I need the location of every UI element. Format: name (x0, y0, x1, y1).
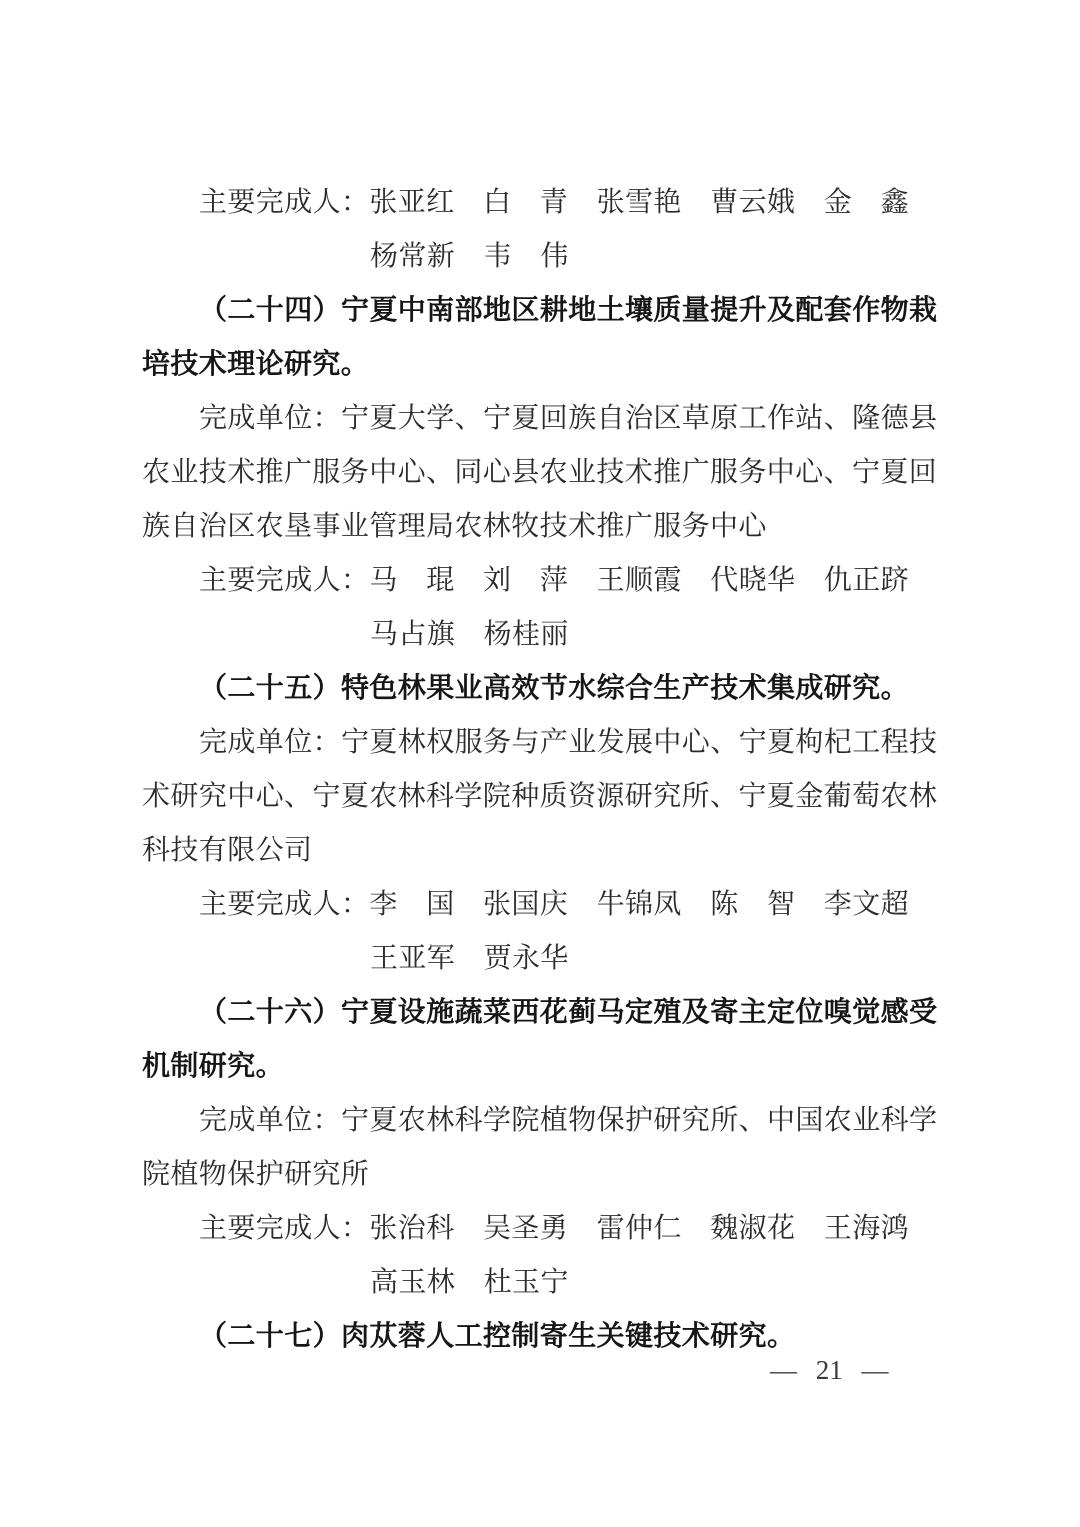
text-line: 马占旗 杨桂丽 (142, 608, 942, 662)
text-line: 杨常新 韦 伟 (142, 230, 942, 284)
text-line: 完成单位：宁夏农林科学院植物保护研究所、中国农业科学 (142, 1094, 942, 1148)
text-line: 科技有限公司 (142, 824, 942, 878)
text-line: 主要完成人：李 国 张国庆 牛锦凤 陈 智 李文超 (142, 878, 942, 932)
text-line: 高玉林 杜玉宁 (142, 1256, 942, 1310)
text-line: 培技术理论研究。 (142, 338, 942, 392)
text-line: 主要完成人：马 琨 刘 萍 王顺霞 代晓华 仇正跻 (142, 554, 942, 608)
text-line: 院植物保护研究所 (142, 1148, 942, 1202)
page-number: — 21 — (770, 1350, 889, 1390)
document-page: 主要完成人：张亚红 白 青 张雪艳 曹云娥 金 鑫杨常新 韦 伟（二十四）宁夏中… (0, 0, 1080, 1527)
text-line: 机制研究。 (142, 1040, 942, 1094)
text-line: 术研究中心、宁夏农林科学院种质资源研究所、宁夏金葡萄农林 (142, 770, 942, 824)
text-line: 主要完成人：张治科 吴圣勇 雷仲仁 魏淑花 王海鸿 (142, 1202, 942, 1256)
text-line: （二十四）宁夏中南部地区耕地土壤质量提升及配套作物栽 (142, 284, 942, 338)
text-line: 王亚军 贾永华 (142, 932, 942, 986)
text-line: 完成单位：宁夏林权服务与产业发展中心、宁夏枸杞工程技 (142, 716, 942, 770)
text-line: （二十五）特色林果业高效节水综合生产技术集成研究。 (142, 662, 942, 716)
text-line: 族自治区农垦事业管理局农林牧技术推广服务中心 (142, 500, 942, 554)
text-line: 完成单位：宁夏大学、宁夏回族自治区草原工作站、隆德县 (142, 392, 942, 446)
text-line: 农业技术推广服务中心、同心县农业技术推广服务中心、宁夏回 (142, 446, 942, 500)
document-lines: 主要完成人：张亚红 白 青 张雪艳 曹云娥 金 鑫杨常新 韦 伟（二十四）宁夏中… (142, 176, 942, 1364)
text-line: （二十六）宁夏设施蔬菜西花蓟马定殖及寄主定位嗅觉感受 (142, 986, 942, 1040)
text-line: 主要完成人：张亚红 白 青 张雪艳 曹云娥 金 鑫 (142, 176, 942, 230)
